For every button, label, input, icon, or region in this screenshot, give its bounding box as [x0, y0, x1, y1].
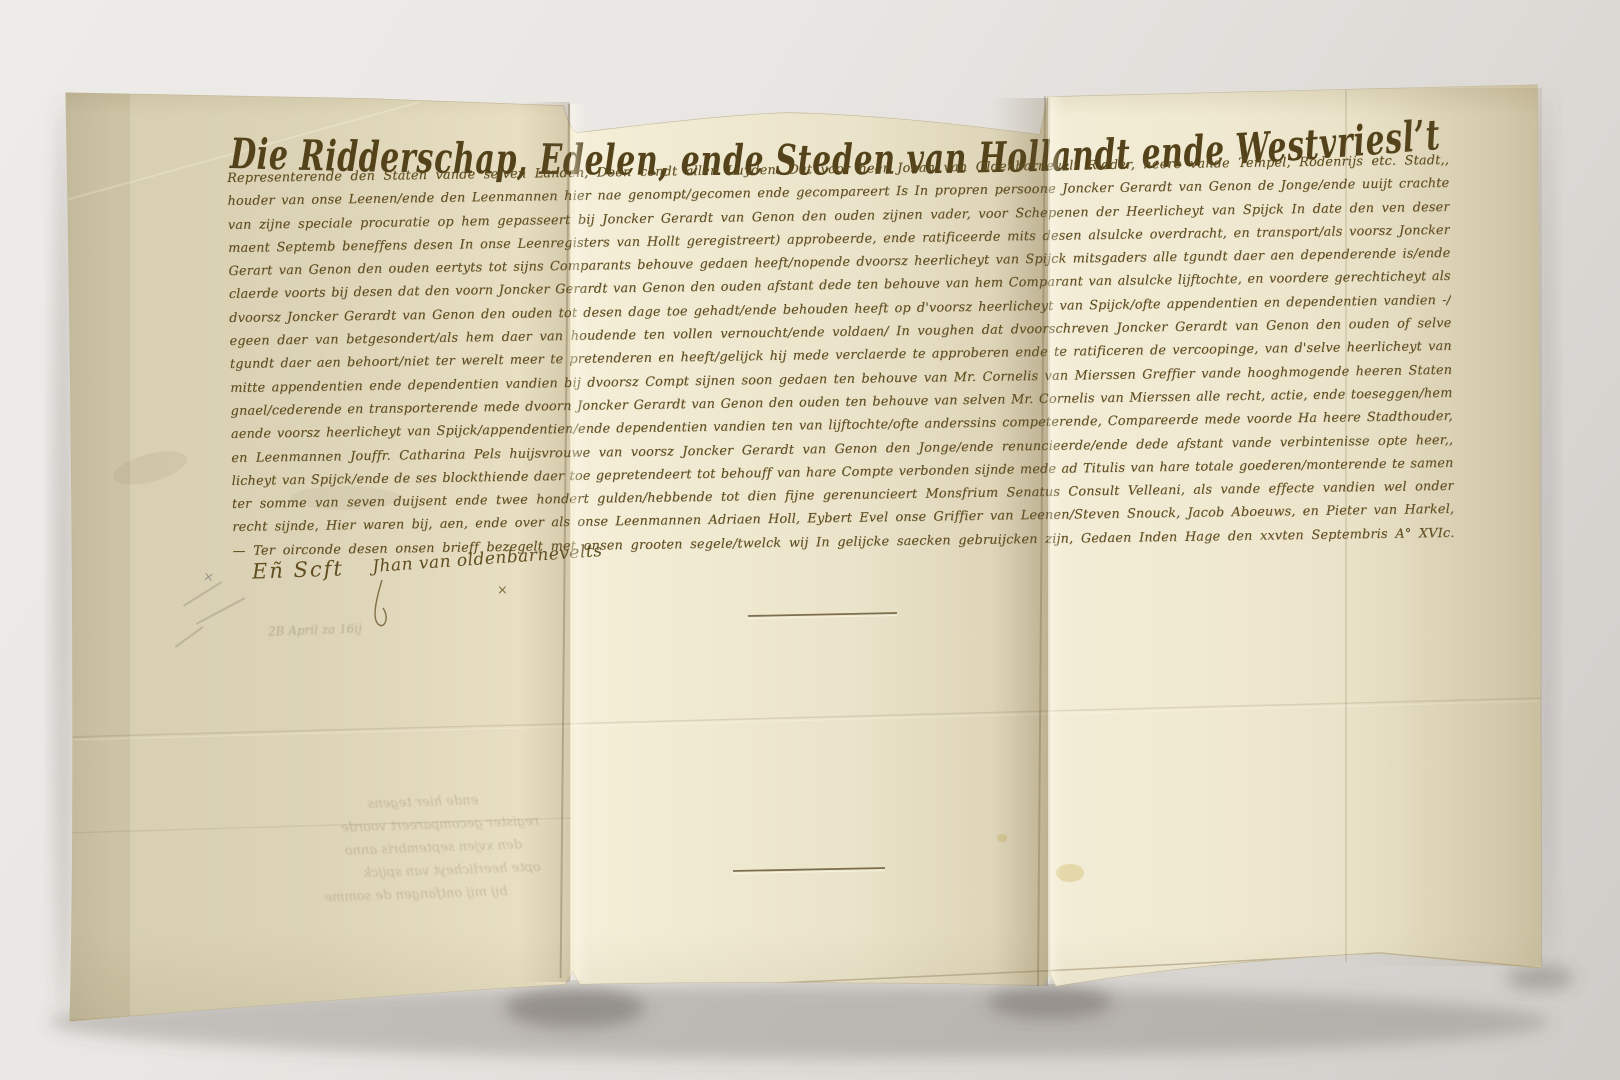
wax-stain — [1056, 864, 1084, 882]
top-edge-shading — [60, 84, 1545, 116]
pencil-cross-mark: × — [202, 569, 215, 586]
ink-cross-mark: × — [497, 583, 508, 598]
charter-body: Representerende den Staten vande selven … — [227, 149, 1455, 563]
verso-bleedthrough-text: ende hier tegens register gecompareert v… — [248, 787, 542, 912]
clerk-countersign: Eñ Scft — [252, 556, 345, 583]
photo-backdrop: Die Ridderschap, Edelen, ende Steden van… — [0, 0, 1620, 1080]
small-stain — [997, 834, 1007, 842]
